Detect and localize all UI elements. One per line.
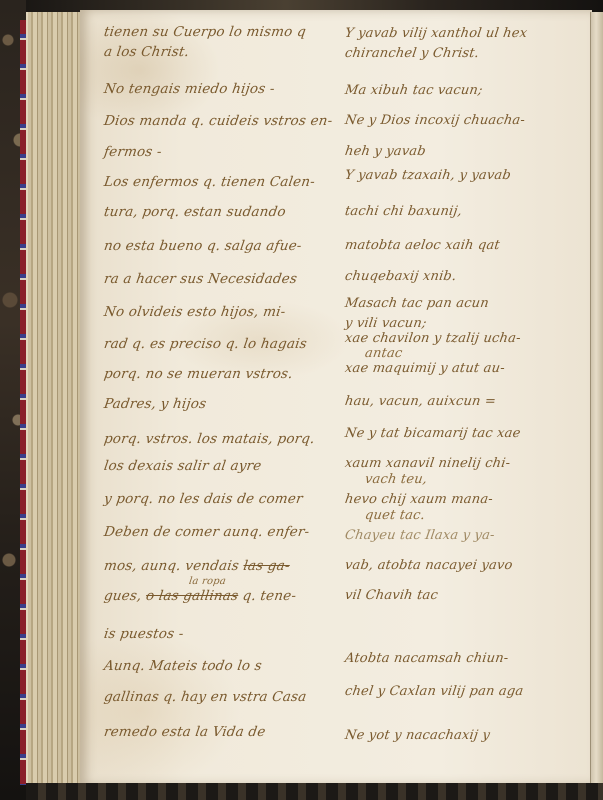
manuscript-line: xae maquimij y atut au- [344, 361, 506, 376]
manuscript-line: Padres, y hijos [103, 396, 208, 412]
manuscript-line: Masach tac pan acun [344, 296, 490, 311]
manuscript-line: chiranchel y Christ. [344, 46, 480, 61]
manuscript-line: No tengais miedo hijos - [103, 81, 276, 97]
manuscript-line: los dexais salir al ayre [103, 458, 263, 474]
manuscript-line: gallinas q. hay en vstra Casa [103, 689, 308, 705]
manuscript-line: antac [364, 346, 403, 361]
manuscript-line: vab, atobta nacayei yavo [344, 558, 514, 573]
manuscript-line: tura, porq. estan sudando [103, 204, 287, 220]
manuscript-line: Dios manda q. cuideis vstros en- [103, 113, 334, 129]
manuscript-line: Ne yot y nacachaxij y [344, 728, 491, 743]
manuscript-line: Ne y Dios incoxij chuacha- [344, 113, 526, 128]
manuscript-line: Ne y tat bicamarij tac xae [344, 426, 522, 441]
manuscript-line: ra a hacer sus Necesidades [103, 271, 298, 287]
page-right-edge [590, 12, 603, 787]
manuscript-line: is puestos - [103, 626, 185, 642]
manuscript-line: gues, o las gallinas q. tene- [103, 588, 297, 604]
manuscript-line: mos, aunq. vendais las ga- [103, 558, 291, 574]
manuscript-line: vil Chavih tac [344, 588, 439, 603]
manuscript-line: rad q. es preciso q. lo hagais [103, 336, 308, 352]
manuscript-line: Y yavab vilij xanthol ul hex [344, 26, 528, 41]
manuscript-line: chel y Caxlan vilij pan aga [344, 684, 524, 699]
manuscript-line: Chayeu tac Ilaxa y ya- [344, 528, 496, 543]
struck-text: o las gallinas [145, 588, 239, 604]
manuscript-line: quet tac. [364, 508, 426, 523]
manuscript-line: No olvideis esto hijos, mi- [103, 304, 287, 320]
manuscript-line: remedo esta la Vida de [103, 724, 267, 740]
manuscript-line: hau, vacun, auixcun = [344, 394, 497, 409]
manuscript-line: heh y yavab [344, 144, 427, 159]
interlinear-correction: la ropa [188, 576, 226, 587]
struck-text: las ga- [242, 558, 290, 574]
manuscript-line: a los Christ. [103, 44, 190, 60]
manuscript-line: fermos - [103, 144, 163, 160]
manuscript-line: Ma xibuh tac vacun; [344, 83, 484, 98]
manuscript-line: Deben de comer aunq. enfer- [103, 524, 311, 540]
page-stack-edges [26, 12, 88, 787]
manuscript-line: matobta aeloc xaih qat [344, 238, 501, 253]
manuscript-line: Atobta nacamsah chiun- [344, 651, 510, 666]
manuscript-line: porq. vstros. los matais, porq. [103, 431, 316, 447]
manuscript-line: chuqebaxij xnib. [344, 269, 457, 284]
manuscript-line: no esta bueno q. salga afue- [103, 238, 303, 254]
manuscript-line: Aunq. Mateis todo lo s [103, 658, 263, 674]
manuscript-line: tachi chi baxunij, [344, 204, 463, 219]
bottom-cover-edge [26, 783, 603, 800]
manuscript-line: xae chavilon y tzalij ucha- [344, 331, 522, 346]
manuscript-line: y vili vacun; [344, 316, 428, 331]
manuscript-line: Los enfermos q. tienen Calen- [103, 174, 316, 190]
manuscript-line: porq. no se mueran vstros. [103, 366, 294, 382]
manuscript-line: vach teu, [364, 472, 428, 487]
manuscript-line: hevo chij xaum mana- [344, 492, 494, 507]
manuscript-line: tienen su Cuerpo lo mismo q [103, 24, 307, 40]
manuscript-line: xaum xanavil ninelij chi- [344, 456, 511, 471]
manuscript-line: y porq. no les dais de comer [103, 491, 304, 507]
manuscript-line: Y yavab tzaxaih, y yavab [344, 168, 512, 183]
